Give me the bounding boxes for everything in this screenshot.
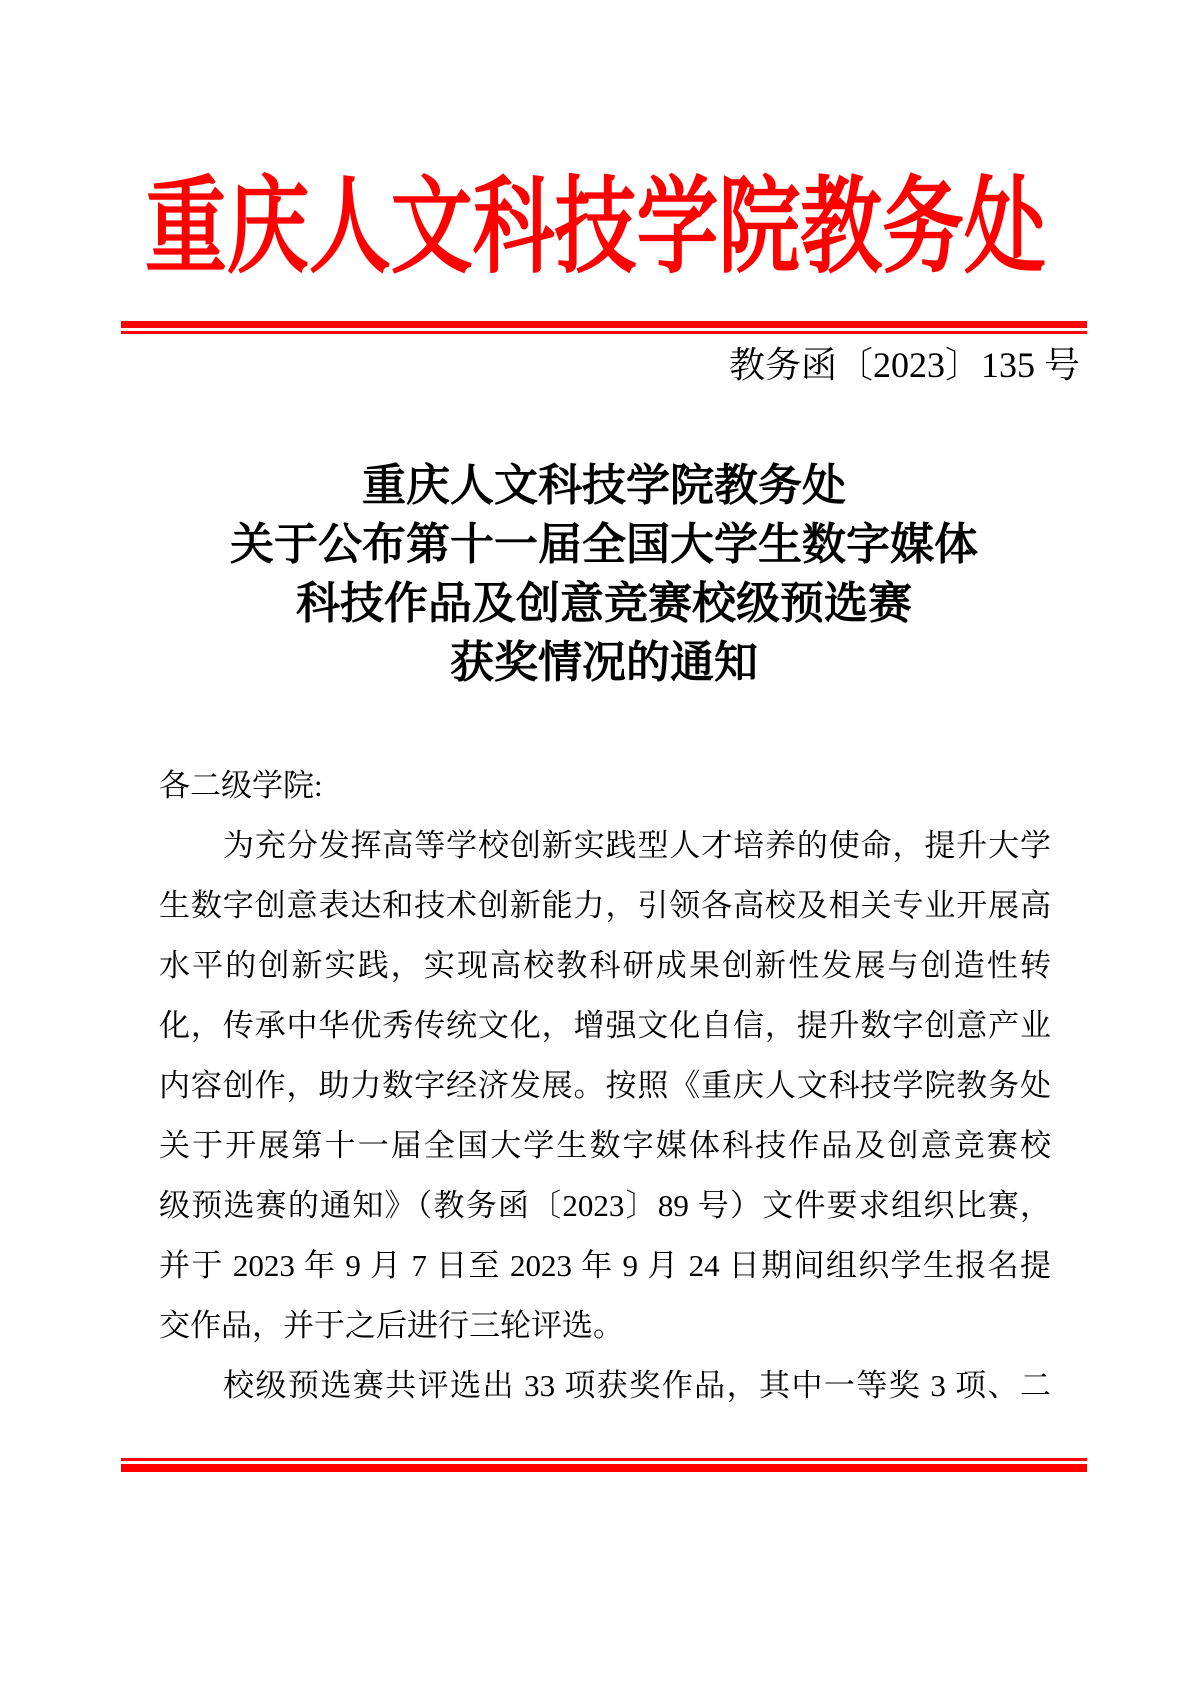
doc-reference-number: 教务函〔2023〕135 号 [121,344,1080,386]
body-line: 级预选赛的通知》（教务函〔2023〕89 号）文件要求组织比赛， [159,1176,1051,1236]
bottom-rule-thick-bar [121,1464,1087,1472]
bottom-double-rule [121,1458,1087,1472]
body-line: 校级预选赛共评选出 33 项获奖作品，其中一等奖 3 项、二 [159,1356,1051,1416]
notice-title-line-1: 重庆人文科技学院教务处 [121,456,1087,515]
top-rule-thin-bar [121,331,1087,334]
notice-title: 重庆人文科技学院教务处 关于公布第十一届全国大学生数字媒体 科技作品及创意竞赛校… [121,456,1087,692]
body-line: 交作品，并于之后进行三轮评选。 [159,1296,1051,1356]
document-page: 重庆人文科技学院教务处 教务函〔2023〕135 号 重庆人文科技学院教务处 关… [0,0,1191,1684]
body-line: 水平的创新实践，实现高校教科研成果创新性发展与创造性转 [159,936,1051,996]
notice-title-line-4: 获奖情况的通知 [121,633,1087,692]
body-line: 关于开展第十一届全国大学生数字媒体科技作品及创意竞赛校 [159,1116,1051,1176]
body-line: 化，传承中华优秀传统文化，增强文化自信，提升数字创意产业 [159,996,1051,1056]
body-line: 内容创作，助力数字经济发展。按照《重庆人文科技学院教务处 [159,1056,1051,1116]
body-line: 并于 2023 年 9 月 7 日至 2023 年 9 月 24 日期间组织学生… [159,1236,1051,1296]
top-double-rule [121,321,1087,334]
body-line: 生数字创意表达和技术创新能力，引领各高校及相关专业开展高 [159,876,1051,936]
top-rule-thick-bar [121,321,1087,328]
notice-body: 各二级学院: 为充分发挥高等学校创新实践型人才培养的使命，提升大学 生数字创意表… [159,756,1051,1416]
body-line: 为充分发挥高等学校创新实践型人才培养的使命，提升大学 [159,816,1051,876]
masthead-title: 重庆人文科技学院教务处 [145,163,1046,293]
salutation: 各二级学院: [159,756,1051,816]
masthead: 重庆人文科技学院教务处 [0,163,1191,324]
notice-title-line-3: 科技作品及创意竞赛校级预选赛 [121,574,1087,633]
notice-title-line-2: 关于公布第十一届全国大学生数字媒体 [121,515,1087,574]
